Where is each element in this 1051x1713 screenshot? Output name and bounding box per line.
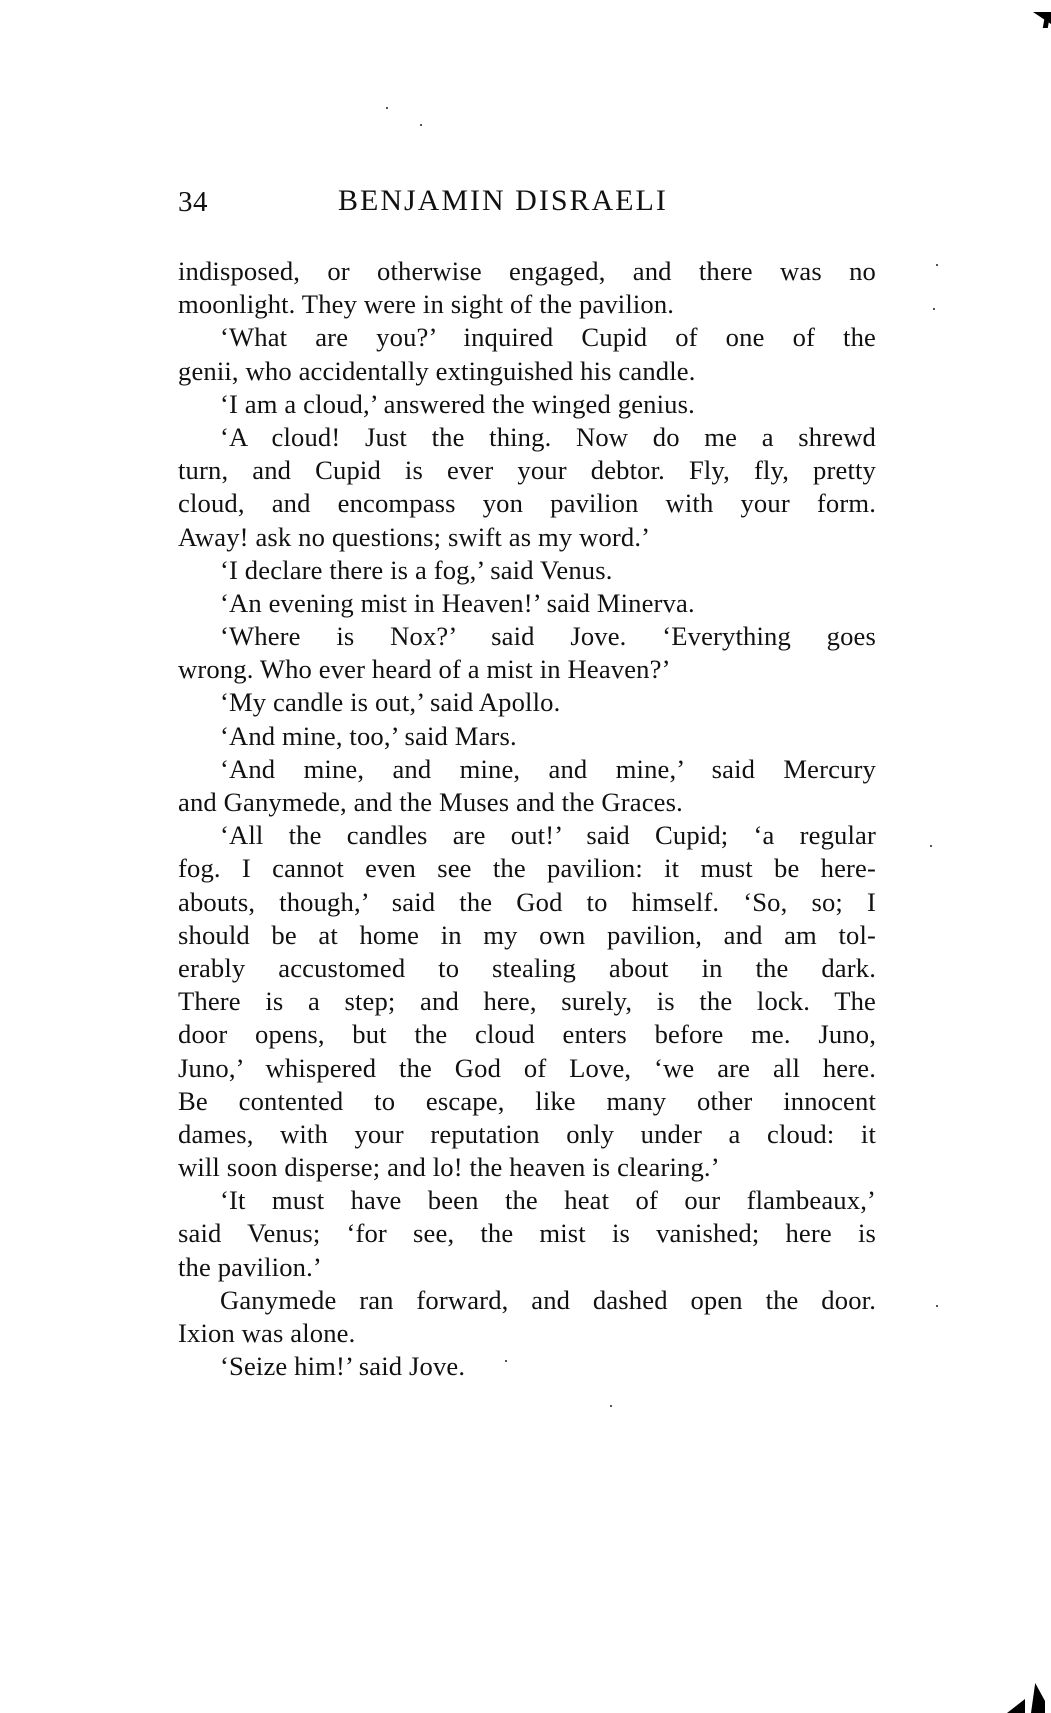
running-head: 34 BENJAMIN DISRAELI — [178, 186, 878, 226]
text-line: ‘I am a cloud,’ answered the winged geni… — [178, 388, 876, 421]
scan-corner-mark-bottom — [991, 1673, 1051, 1713]
text-line: fog. I cannot even see the pavilion: it … — [178, 852, 876, 885]
text-line: Be contented to escape, like many other … — [178, 1085, 876, 1118]
text-line: Ganymede ran forward, and dashed open th… — [178, 1284, 876, 1317]
text-line: abouts, though,’ said the God to himself… — [178, 886, 876, 919]
running-title: BENJAMIN DISRAELI — [338, 184, 668, 218]
text-line: Ixion was alone. — [178, 1317, 876, 1350]
text-line: should be at home in my own pavilion, an… — [178, 919, 876, 952]
text-line: ‘A cloud! Just the thing. Now do me a sh… — [178, 421, 876, 454]
text-line: said Venus; ‘for see, the mist is vanish… — [178, 1217, 876, 1250]
text-line: ‘It must have been the heat of our flamb… — [178, 1184, 876, 1217]
text-line: ‘What are you?’ inquired Cupid of one of… — [178, 321, 876, 354]
text-line: moonlight. They were in sight of the pav… — [178, 288, 876, 321]
scan-speck — [936, 264, 938, 266]
text-line: genii, who accidentally extinguished his… — [178, 355, 876, 388]
text-line: turn, and Cupid is ever your debtor. Fly… — [178, 454, 876, 487]
scan-speck — [386, 107, 388, 109]
text-line: the pavilion.’ — [178, 1251, 876, 1284]
text-line: ‘All the candles are out!’ said Cupid; ‘… — [178, 819, 876, 852]
text-line: door opens, but the cloud enters before … — [178, 1018, 876, 1051]
scan-speck — [610, 1405, 612, 1407]
text-line: cloud, and encompass yon pavilion with y… — [178, 487, 876, 520]
scan-speck — [930, 845, 932, 847]
text-line: indisposed, or otherwise engaged, and th… — [178, 255, 876, 288]
text-line: ‘And mine, and mine, and mine,’ said Mer… — [178, 753, 876, 786]
text-line: ‘And mine, too,’ said Mars. — [178, 720, 876, 753]
text-line: ‘Where is Nox?’ said Jove. ‘Everything g… — [178, 620, 876, 653]
scan-speck — [505, 1360, 507, 1362]
text-line: ‘An evening mist in Heaven!’ said Minerv… — [178, 587, 876, 620]
text-line: Juno,’ whispered the God of Love, ‘we ar… — [178, 1052, 876, 1085]
text-line: dames, with your reputation only under a… — [178, 1118, 876, 1151]
text-line: and Ganymede, and the Muses and the Grac… — [178, 786, 876, 819]
scan-artifact — [1031, 1683, 1045, 1713]
scan-speck — [420, 124, 422, 126]
text-line: erably accustomed to stealing about in t… — [178, 952, 876, 985]
scan-speck — [936, 1305, 938, 1307]
body-text: indisposed, or otherwise engaged, and th… — [178, 255, 876, 1383]
scan-speck — [933, 308, 935, 310]
text-line: will soon disperse; and lo! the heaven i… — [178, 1151, 876, 1184]
book-page: 34 BENJAMIN DISRAELI indisposed, or othe… — [0, 0, 1051, 1713]
scan-artifact — [1007, 1699, 1025, 1713]
text-line: There is a step; and here, surely, is th… — [178, 985, 876, 1018]
page-number: 34 — [178, 186, 208, 219]
text-line: Away! ask no questions; swift as my word… — [178, 521, 876, 554]
text-line: wrong. Who ever heard of a mist in Heave… — [178, 653, 876, 686]
text-line: ‘Seize him!’ said Jove. — [178, 1350, 876, 1383]
text-line: ‘My candle is out,’ said Apollo. — [178, 686, 876, 719]
text-line: ‘I declare there is a fog,’ said Venus. — [178, 554, 876, 587]
